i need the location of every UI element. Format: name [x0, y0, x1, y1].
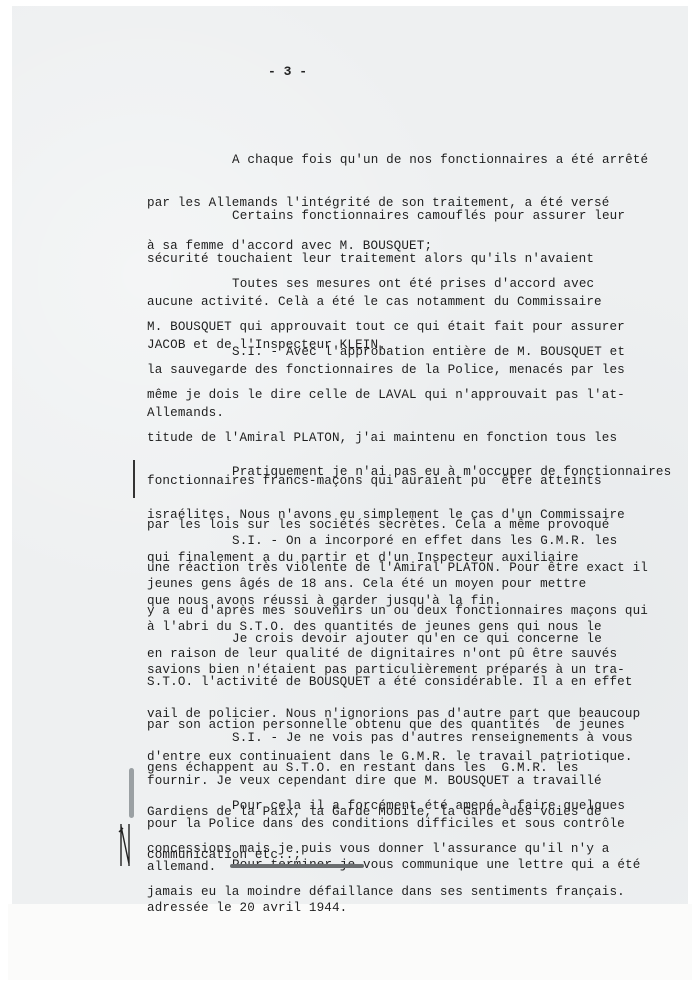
- text-line: même je dois le dire celle de LAVAL qui …: [147, 388, 648, 402]
- text-line: A chaque fois qu'un de nos fonctionnaire…: [147, 153, 648, 167]
- date-underline-mark: [230, 864, 364, 868]
- text-line: Pour cela il a forcément été amené à fai…: [147, 799, 625, 813]
- text-line: Certains fonctionnaires camouflés pour a…: [147, 209, 625, 223]
- text-line: S.I. - On a incorporé en effet dans les …: [147, 534, 640, 548]
- text-line: Pour terminer je vous communique une let…: [147, 858, 641, 872]
- text-line: jeunes gens âgés de 18 ans. Cela été un …: [147, 577, 640, 591]
- text-line: S.I. - Je ne vois pas d'autres renseigne…: [147, 731, 633, 745]
- text-line: S.I. - Avec l'approbation entière de M. …: [147, 345, 648, 359]
- paragraph: Pour terminer je vous communique une let…: [147, 829, 641, 944]
- text-line: adressée le 20 avril 1944.: [147, 901, 641, 915]
- page-number: - 3 -: [268, 64, 307, 79]
- text-line: Je crois devoir ajouter qu'en ce qui con…: [147, 632, 633, 646]
- margin-ink-bar-mark: [133, 460, 135, 498]
- typed-letter-body: A chaque fois qu'un de nos fonctionnaire…: [147, 0, 162, 303]
- text-line: Toutes ses mesures ont été prises d'acco…: [147, 277, 625, 291]
- margin-pencil-bar-mark: [129, 768, 134, 818]
- handwritten-n-mark-icon: [118, 822, 132, 868]
- text-line: Pratiquement je n'ai pas eu à m'occuper …: [147, 465, 671, 479]
- text-line: S.T.O. l'activité de BOUSQUET a été cons…: [147, 675, 633, 689]
